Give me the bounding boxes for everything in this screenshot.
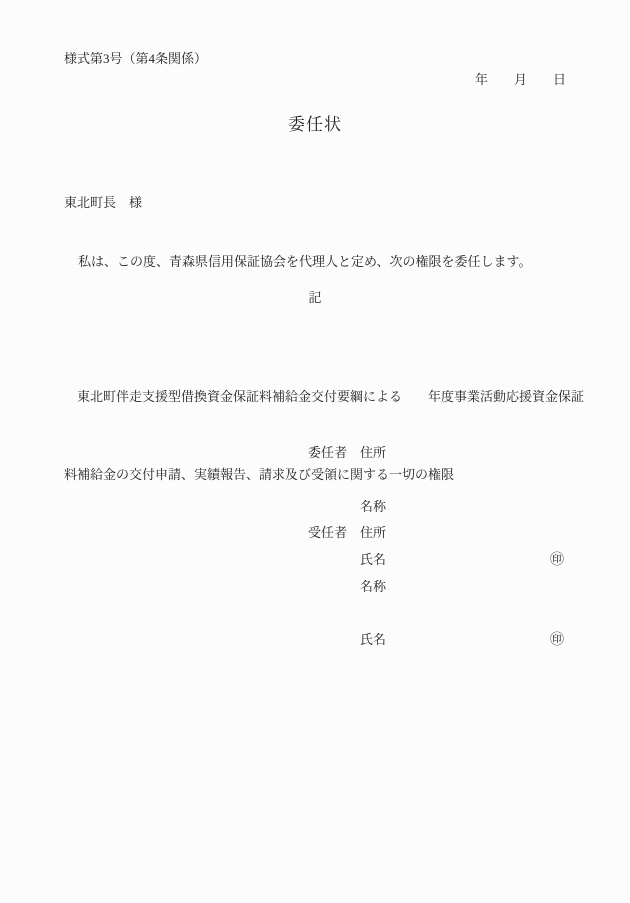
delegate-person-label: 氏名 [360, 629, 386, 651]
section-marker: 記 [0, 287, 630, 306]
delegate-address-label: 住所 [360, 522, 386, 544]
addressee: 東北町長 様 [64, 192, 142, 211]
delegator-address-label: 住所 [360, 442, 386, 464]
body-text: 私は、この度、青森県信用保証協会を代理人と定め、次の権限を委任します。 [78, 251, 531, 270]
date-line: 年 月 日 [475, 69, 566, 88]
delegate-person-row: 氏名 ㊞ [308, 629, 564, 652]
delegate-name-label: 名称 [360, 576, 386, 598]
document-page: 様式第3号（第4条関係） 年 月 日 委任状 東北町長 様 私は、この度、青森県… [0, 0, 630, 903]
delegate-role-label: 受任者 [308, 522, 360, 544]
delegator-role-label: 委任者 [308, 442, 360, 464]
document-title: 委任状 [0, 110, 630, 135]
form-number: 様式第3号（第4条関係） [64, 48, 207, 67]
delegate-name-row: 名称 [308, 576, 564, 598]
delegator-address-row: 委任者 住所 [308, 442, 564, 464]
delegate-address-row: 受任者 住所 [308, 522, 564, 544]
delegate-block: 受任者 住所 名称 氏名 ㊞ [308, 490, 564, 684]
delegate-seal-icon: ㊞ [550, 630, 564, 652]
scope-line-1: 東北町伴走支援型借換資金保証料補給金交付要綱による 年度事業活動応援資金保証 [64, 384, 584, 410]
